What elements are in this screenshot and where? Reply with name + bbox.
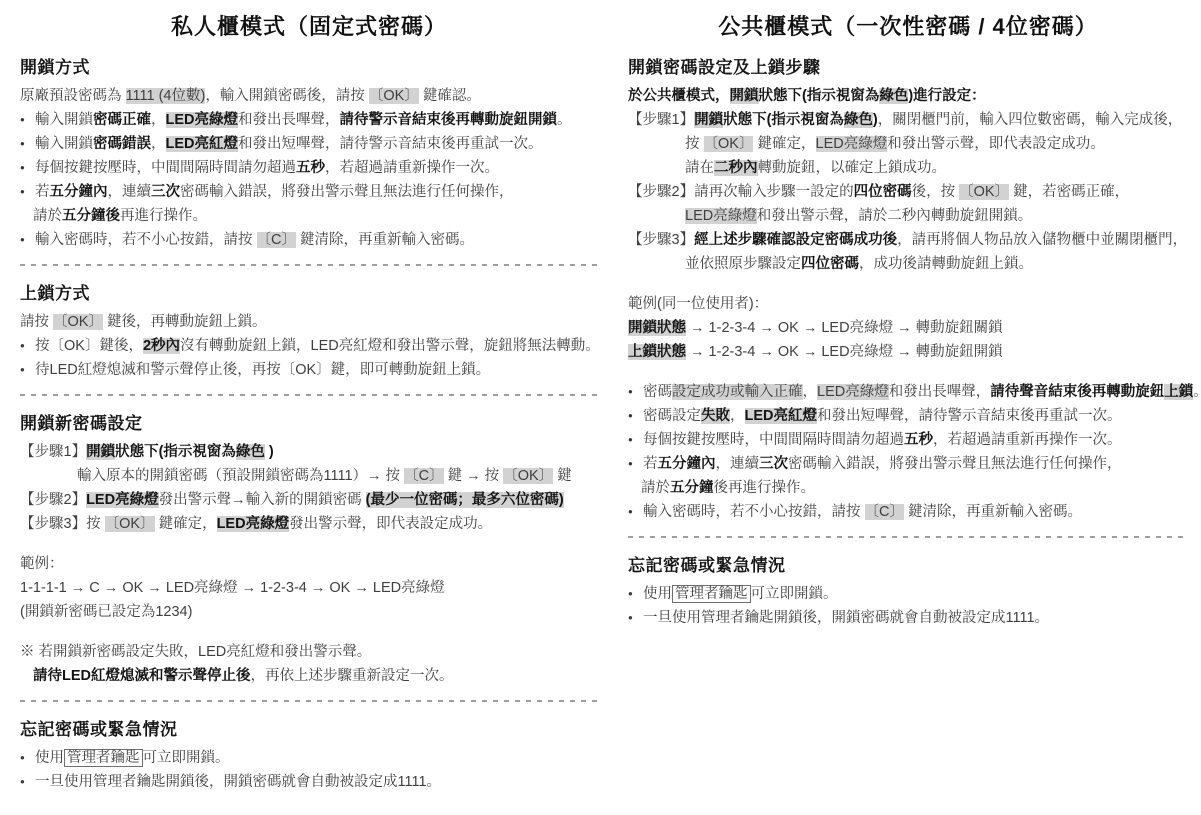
- bullet-item: ●使用管理者鑰匙可立即開鎖。: [628, 582, 1188, 606]
- bullet-icon: ●: [628, 380, 643, 404]
- section: 忘記密碼或緊急情況●使用管理者鑰匙可立即開鎖。●一旦使用管理者鑰匙開鎖後，開鎖密…: [20, 718, 598, 794]
- paragraph: 於公共櫃模式，開鎖狀態下(指示視窗為綠色)進行設定：: [628, 84, 1188, 108]
- highlighted-text: LED亮綠燈: [217, 516, 290, 532]
- bullet-text: 每個按鍵按壓時，中間間隔時間請勿超過五秒，若超過請重新再操作一次。: [643, 428, 1122, 452]
- bullet-icon: ●: [20, 770, 35, 794]
- section-heading: 開鎖新密碼設定: [20, 412, 598, 436]
- text-run: ，: [730, 408, 745, 424]
- text-run: ，若超過請重新操作一次。: [325, 160, 499, 176]
- dashed-divider: [628, 536, 1188, 538]
- bullet-icon: ●: [628, 500, 643, 524]
- highlighted-text: LED亮綠燈: [817, 384, 889, 400]
- text-run: 【步驟2】請再次輸入步驟一設定的: [628, 184, 854, 200]
- text-run: → 1-2-3-4 → OK → LED亮綠燈 → 轉動旋鈕關鎖: [686, 320, 1003, 336]
- text-run: 原廠預設密碼為: [20, 88, 126, 104]
- paragraph: ※ 若開鎖新密碼設定失敗，LED亮紅燈和發出警示聲。: [20, 640, 598, 664]
- text-run: 一旦使用管理者鑰匙開鎖後，開鎖密碼就會自動被設定成1111。: [643, 610, 1049, 626]
- text-run: 密碼設定: [643, 408, 701, 424]
- bullet-text: 使用管理者鑰匙可立即開鎖。: [643, 582, 838, 606]
- text-run: ，成功後請轉動旋鈕上鎖。: [859, 256, 1033, 272]
- text-run: 使用: [35, 750, 64, 766]
- text-run: 和發出短嗶聲，請待警示音結束後再重試一次。: [238, 136, 543, 152]
- text-run: 請於: [641, 480, 670, 496]
- bullet-icon: ●: [20, 358, 35, 382]
- bullet-text: 輸入開鎖密碼錯誤，LED亮紅燈和發出短嗶聲，請待警示音結束後再重試一次。: [35, 132, 543, 156]
- highlighted-text: 開鎖: [694, 112, 723, 128]
- step-line: 【步驟3】經上述步驟確認設定密碼成功後，請再將個人物品放入儲物櫃中並關閉櫃門，: [628, 228, 1188, 252]
- text-run: 若: [35, 184, 50, 200]
- text-run: 輸入原本的開鎖密碼（預設開鎖密碼為1111）→ 按: [77, 468, 404, 484]
- text-run: 狀態下(指示視窗為: [759, 88, 880, 104]
- bullet-item: ●密碼設定失敗，LED亮紅燈和發出短嗶聲，請待警示音結束後再重試一次。: [628, 404, 1188, 428]
- highlighted-text: 〔C〕: [257, 232, 296, 248]
- text-run: 鍵確定，: [753, 136, 815, 152]
- highlighted-text: 1111 (4位數): [126, 88, 206, 104]
- text-run: ，再依上述步驟重新設定一次。: [251, 668, 454, 684]
- bullet-item: ●若五分鐘內，連續三次密碼輸入錯誤，將發出警示聲且無法進行任何操作，: [628, 452, 1188, 476]
- boxed-text: 管理者鑰匙: [64, 749, 143, 767]
- text-run: 每個按鍵按壓時，中間間隔時間請勿超過: [35, 160, 296, 176]
- section: 開鎖方式原廠預設密碼為 1111 (4位數)，輸入開鎖密碼後，請按 〔OK〕 鍵…: [20, 56, 598, 252]
- text-run: 鍵，若密碼正確，: [1009, 184, 1129, 200]
- step-continuation: 並依照原步驟設定四位密碼，成功後請轉動旋鈕上鎖。: [685, 252, 1188, 276]
- highlighted-text: LED亮紅燈: [166, 136, 239, 152]
- text-run: 若: [643, 456, 658, 472]
- bullet-item: ●密碼設定成功或輸入正確，LED亮綠燈和發出長嗶聲，請待聲音結束後再轉動旋鈕上鎖…: [628, 380, 1188, 404]
- text-run: 鍵確定，: [155, 516, 217, 532]
- text-run: 發出警示聲，即代表設定成功。: [289, 516, 492, 532]
- section: 上鎖方式請按 〔OK〕 鍵後，再轉動旋鈕上鎖。●按〔OK〕鍵後，2秒內沒有轉動旋…: [20, 282, 598, 382]
- bullet-item: ●輸入密碼時，若不小心按錯，請按 〔C〕 鍵清除，再重新輸入密碼。: [20, 228, 598, 252]
- bullet-item: ●一旦使用管理者鑰匙開鎖後，開鎖密碼就會自動被設定成1111。: [628, 606, 1188, 630]
- column-title: 公共櫃模式（一次性密碼 / 4位密碼）: [628, 12, 1188, 42]
- dashed-divider: [20, 394, 598, 396]
- highlighted-text: 開鎖: [730, 88, 759, 104]
- text-run: 每個按鍵按壓時，中間間隔時間請勿超過: [643, 432, 904, 448]
- highlighted-text: 2秒內: [143, 338, 180, 354]
- text-run: 範例(同一位使用者)：: [628, 296, 768, 312]
- text-run: 。: [557, 112, 572, 128]
- text-run: ，連續: [108, 184, 152, 200]
- highlighted-text: 二秒內: [714, 160, 758, 176]
- text-run: 四位密碼: [801, 256, 859, 272]
- text-run: 後再進行操作。: [714, 480, 816, 496]
- paragraph: (開鎖新密碼已設定為1234): [20, 600, 598, 624]
- highlighted-text: 開鎖: [86, 444, 115, 460]
- highlighted-text: 〔C〕: [404, 468, 443, 484]
- bullet-icon: ●: [628, 606, 643, 630]
- highlighted-text: 〔OK〕: [704, 136, 754, 152]
- column-public-mode: 公共櫃模式（一次性密碼 / 4位密碼） 開鎖密碼設定及上鎖步驟於公共櫃模式，開鎖…: [628, 12, 1188, 630]
- bullet-item: ●每個按鍵按壓時，中間間隔時間請勿超過五秒，若超過請重新再操作一次。: [628, 428, 1188, 452]
- highlighted-text: 〔OK〕: [53, 314, 103, 330]
- text-run: 再進行操作。: [120, 208, 207, 224]
- text-run: 輸入開鎖: [35, 112, 93, 128]
- column-title: 私人櫃模式（固定式密碼）: [20, 12, 598, 42]
- text-run: 並依照原步驟設定: [685, 256, 801, 272]
- bullet-item: ●每個按鍵按壓時，中間間隔時間請勿超過五秒，若超過請重新操作一次。: [20, 156, 598, 180]
- text-run: 五秒: [296, 160, 325, 176]
- paragraph: 範例：: [20, 552, 598, 576]
- text-run: 三次: [759, 456, 788, 472]
- text-run: 五分鐘: [670, 480, 714, 496]
- text-run: 沒有轉動旋鈕上鎖，LED亮紅燈和發出警示聲，旋鈕將無法轉動。: [180, 338, 600, 354]
- text-run: 四位密碼: [854, 184, 912, 200]
- bullet-icon: ●: [20, 108, 35, 132]
- text-run: 輸入密碼時，若不小心按錯，請按: [643, 504, 865, 520]
- highlighted-text: 失敗: [701, 408, 730, 424]
- text-run: 狀態下(指示視窗為: [115, 444, 236, 460]
- bullet-icon: ●: [20, 132, 35, 156]
- highlighted-text: 綠色: [236, 444, 265, 460]
- bullet-continuation: 請於五分鐘後再進行操作。: [33, 204, 598, 228]
- text-run: 輸入密碼時，若不小心按錯，請按: [35, 232, 257, 248]
- bullet-text: 密碼設定成功或輸入正確，LED亮綠燈和發出長嗶聲，請待聲音結束後再轉動旋鈕上鎖。: [643, 380, 1201, 404]
- highlighted-text: LED亮綠燈: [166, 112, 239, 128]
- bullet-text: 輸入開鎖密碼正確，LED亮綠燈和發出長嗶聲，請待警示音結束後再轉動旋鈕開鎖。: [35, 108, 572, 132]
- text-run: → 1-2-3-4 → OK → LED亮綠燈 → 轉動旋鈕開鎖: [686, 344, 1003, 360]
- text-run: 於公共櫃模式，: [628, 88, 730, 104]
- text-run: 轉動旋鈕，以確定上鎖成功。: [758, 160, 947, 176]
- text-run: 三次: [151, 184, 180, 200]
- text-run: ，: [151, 112, 166, 128]
- bullet-text: 按〔OK〕鍵後，2秒內沒有轉動旋鈕上鎖，LED亮紅燈和發出警示聲，旋鈕將無法轉動…: [35, 334, 600, 358]
- bullet-item: ●若五分鐘內，連續三次密碼輸入錯誤，將發出警示聲且無法進行任何操作，: [20, 180, 598, 204]
- bullet-item: ●一旦使用管理者鑰匙開鎖後，開鎖密碼就會自動被設定成1111。: [20, 770, 598, 794]
- text-run: 五分鐘後: [62, 208, 120, 224]
- text-run: 【步驟1】: [628, 112, 694, 128]
- highlighted-text: 開鎖狀態: [628, 320, 686, 336]
- text-run: 密碼輸入錯誤，將發出警示聲且無法進行任何操作，: [180, 184, 514, 200]
- highlighted-text: 〔OK〕: [369, 88, 419, 104]
- text-run: 鍵清除，再重新輸入密碼。: [904, 504, 1082, 520]
- text-run: 狀態下(指示視窗為: [723, 112, 844, 128]
- boxed-text: 管理者鑰匙: [672, 585, 751, 603]
- highlighted-text: LED亮綠燈: [685, 208, 757, 224]
- bullet-icon: ●: [20, 156, 35, 180]
- paragraph: 請按 〔OK〕 鍵後，再轉動旋鈕上鎖。: [20, 310, 598, 334]
- text-run: 輸入開鎖: [35, 136, 93, 152]
- text-run: 可立即開鎖。: [143, 750, 230, 766]
- highlighted-text: 綠色: [844, 112, 873, 128]
- text-run: 鍵清除，再重新輸入密碼。: [296, 232, 474, 248]
- highlighted-text: 上鎖: [1164, 384, 1193, 400]
- text-run: 和發出短嗶聲，請待警示音結束後再重試一次。: [817, 408, 1122, 424]
- highlighted-text: LED亮綠燈: [86, 492, 159, 508]
- text-run: 一旦使用管理者鑰匙開鎖後，開鎖密碼就會自動被設定成1111。: [35, 774, 441, 790]
- highlighted-text: LED亮紅燈: [745, 408, 818, 424]
- step-continuation: 輸入原本的開鎖密碼（預設開鎖密碼為1111）→ 按 〔C〕 鍵 → 按 〔OK〕…: [77, 464, 598, 488]
- text-run: 請待聲音結束後再轉動旋鈕: [990, 384, 1164, 400]
- text-run: ，連續: [716, 456, 760, 472]
- section-heading: 開鎖密碼設定及上鎖步驟: [628, 56, 1188, 80]
- column-private-mode: 私人櫃模式（固定式密碼） 開鎖方式原廠預設密碼為 1111 (4位數)，輸入開鎖…: [20, 12, 598, 794]
- bullet-text: 一旦使用管理者鑰匙開鎖後，開鎖密碼就會自動被設定成1111。: [643, 606, 1049, 630]
- highlighted-text: 〔OK〕: [503, 468, 553, 484]
- text-run: )進行設定：: [908, 88, 985, 104]
- bullet-item: ●使用管理者鑰匙可立即開鎖。: [20, 746, 598, 770]
- text-run: 可立即開鎖。: [751, 586, 838, 602]
- text-run: 按: [685, 136, 704, 152]
- column-body: 開鎖密碼設定及上鎖步驟於公共櫃模式，開鎖狀態下(指示視窗為綠色)進行設定：【步驟…: [628, 56, 1188, 630]
- text-run: 1-1-1-1 → C → OK → LED亮綠燈 → 1-2-3-4 → OK…: [20, 580, 445, 596]
- bullet-icon: ●: [628, 404, 643, 428]
- text-run: 。: [1193, 384, 1201, 400]
- text-run: 請在: [685, 160, 714, 176]
- text-run: 【步驟2】: [20, 492, 86, 508]
- text-run: 發出警示聲→輸入新的開鎖密碼: [159, 492, 366, 508]
- bullet-icon: ●: [20, 746, 35, 770]
- bullet-text: 輸入密碼時，若不小心按錯，請按 〔C〕 鍵清除，再重新輸入密碼。: [35, 228, 474, 252]
- section-heading: 上鎖方式: [20, 282, 598, 306]
- bullet-continuation: 請於五分鐘後再進行操作。: [641, 476, 1188, 500]
- bullet-text: 輸入密碼時，若不小心按錯，請按 〔C〕 鍵清除，再重新輸入密碼。: [643, 500, 1082, 524]
- bullet-icon: ●: [20, 180, 35, 204]
- bullet-text: 待LED紅燈熄滅和警示聲停止後，再按〔OK〕鍵，即可轉動旋鈕上鎖。: [35, 358, 490, 382]
- text-run: 鍵 → 按: [444, 468, 504, 484]
- bullet-icon: ●: [20, 228, 35, 252]
- text-run: 五分鐘內: [658, 456, 716, 472]
- bullet-text: 一旦使用管理者鑰匙開鎖後，開鎖密碼就會自動被設定成1111。: [35, 770, 441, 794]
- step-continuation: 按 〔OK〕 鍵確定，LED亮綠燈和發出警示聲，即代表設定成功。: [685, 132, 1188, 156]
- highlighted-text: LED亮綠燈: [816, 136, 888, 152]
- bullet-icon: ●: [628, 428, 643, 452]
- highlighted-text: 設定成功或輸入正確: [672, 384, 803, 400]
- bullet-icon: ●: [20, 334, 35, 358]
- text-run: 經上述步驟確認設定密碼成功後: [694, 232, 897, 248]
- text-run: ): [265, 444, 274, 460]
- bullet-item: ●輸入密碼時，若不小心按錯，請按 〔C〕 鍵清除，再重新輸入密碼。: [628, 500, 1188, 524]
- section-heading: 忘記密碼或緊急情況: [628, 554, 1188, 578]
- text-run: 密碼錯誤: [93, 136, 151, 152]
- bullet-continuation: 請待LED紅燈熄滅和警示聲停止後，再依上述步驟重新設定一次。: [33, 664, 598, 688]
- text-run: 鍵: [553, 468, 572, 484]
- step-line: 【步驟1】開鎖狀態下(指示視窗為綠色)，關閉櫃門前，輸入四位數密碼，輸入完成後，: [628, 108, 1188, 132]
- paragraph: 原廠預設密碼為 1111 (4位數)，輸入開鎖密碼後，請按 〔OK〕 鍵確認。: [20, 84, 598, 108]
- step-line: 【步驟2】LED亮綠燈發出警示聲→輸入新的開鎖密碼 (最少一位密碼；最多六位密碼…: [20, 488, 598, 512]
- step-line: 【步驟1】開鎖狀態下(指示視窗為綠色 ): [20, 440, 598, 464]
- bullet-item: ●輸入開鎖密碼錯誤，LED亮紅燈和發出短嗶聲，請待警示音結束後再重試一次。: [20, 132, 598, 156]
- text-run: 五分鐘內: [50, 184, 108, 200]
- bullet-text: 若五分鐘內，連續三次密碼輸入錯誤，將發出警示聲且無法進行任何操作，: [35, 180, 514, 204]
- text-run: 使用: [643, 586, 672, 602]
- bullet-icon: ●: [628, 452, 643, 476]
- step-continuation: LED亮綠燈和發出警示聲，請於二秒內轉動旋鈕開鎖。: [685, 204, 1188, 228]
- text-run: 請待警示音結束後再轉動旋鈕開鎖: [340, 112, 558, 128]
- text-run: ，: [151, 136, 166, 152]
- text-run: 請於: [33, 208, 62, 224]
- text-run: 【步驟3】按: [20, 516, 105, 532]
- highlighted-text: (最少一位密碼；最多六位密碼): [366, 492, 564, 508]
- text-run: 和發出警示聲，即代表設定成功。: [887, 136, 1105, 152]
- text-run: 【步驟1】: [20, 444, 86, 460]
- step-line: 【步驟3】按 〔OK〕 鍵確定，LED亮綠燈發出警示聲，即代表設定成功。: [20, 512, 598, 536]
- text-run: 後，按: [912, 184, 960, 200]
- dashed-divider: [20, 700, 598, 702]
- text-run: 密碼正確: [93, 112, 151, 128]
- text-run: 和發出長嗶聲，: [238, 112, 340, 128]
- bullet-item: ●輸入開鎖密碼正確，LED亮綠燈和發出長嗶聲，請待警示音結束後再轉動旋鈕開鎖。: [20, 108, 598, 132]
- text-run: (開鎖新密碼已設定為1234): [20, 604, 192, 620]
- text-run: 請待LED紅燈熄滅和警示聲停止後: [33, 668, 251, 684]
- highlighted-text: 綠色: [879, 88, 908, 104]
- text-run: 鍵後，再轉動旋鈕上鎖。: [103, 314, 267, 330]
- paragraph: 範例(同一位使用者)：: [628, 292, 1188, 316]
- paragraph: 1-1-1-1 → C → OK → LED亮綠燈 → 1-2-3-4 → OK…: [20, 576, 598, 600]
- text-run: ，若超過請重新再操作一次。: [933, 432, 1122, 448]
- text-run: 按〔OK〕鍵後，: [35, 338, 143, 354]
- bullet-item: ●待LED紅燈熄滅和警示聲停止後，再按〔OK〕鍵，即可轉動旋鈕上鎖。: [20, 358, 598, 382]
- highlighted-text: 〔OK〕: [959, 184, 1009, 200]
- text-run: 密碼: [643, 384, 672, 400]
- text-run: 請按: [20, 314, 53, 330]
- bullet-text: 使用管理者鑰匙可立即開鎖。: [35, 746, 230, 770]
- section-heading: 開鎖方式: [20, 56, 598, 80]
- column-body: 開鎖方式原廠預設密碼為 1111 (4位數)，輸入開鎖密碼後，請按 〔OK〕 鍵…: [20, 56, 598, 794]
- bullet-text: 密碼設定失敗，LED亮紅燈和發出短嗶聲，請待警示音結束後再重試一次。: [643, 404, 1122, 428]
- step-continuation: 請在二秒內轉動旋鈕，以確定上鎖成功。: [685, 156, 1188, 180]
- section: 忘記密碼或緊急情況●使用管理者鑰匙可立即開鎖。●一旦使用管理者鑰匙開鎖後，開鎖密…: [628, 554, 1188, 630]
- bullet-text: 若五分鐘內，連續三次密碼輸入錯誤，將發出警示聲且無法進行任何操作，: [643, 452, 1122, 476]
- text-run: ，: [803, 384, 818, 400]
- text-run: 和發出警示聲，請於二秒內轉動旋鈕開鎖。: [757, 208, 1033, 224]
- text-run: 待LED紅燈熄滅和警示聲停止後，再按〔OK〕鍵，即可轉動旋鈕上鎖。: [35, 362, 490, 378]
- paragraph: 開鎖狀態 → 1-2-3-4 → OK → LED亮綠燈 → 轉動旋鈕關鎖: [628, 316, 1188, 340]
- section: 開鎖密碼設定及上鎖步驟於公共櫃模式，開鎖狀態下(指示視窗為綠色)進行設定：【步驟…: [628, 56, 1188, 524]
- text-run: 【步驟3】: [628, 232, 694, 248]
- bullet-text: 每個按鍵按壓時，中間間隔時間請勿超過五秒，若超過請重新操作一次。: [35, 156, 499, 180]
- text-run: 鍵確認。: [419, 88, 481, 104]
- text-run: ※ 若開鎖新密碼設定失敗，LED亮紅燈和發出警示聲。: [20, 644, 371, 660]
- text-run: 範例：: [20, 556, 64, 572]
- highlighted-text: 〔OK〕: [105, 516, 155, 532]
- text-run: ，請再將個人物品放入儲物櫃中並關閉櫃門，: [897, 232, 1187, 248]
- step-line: 【步驟2】請再次輸入步驟一設定的四位密碼後，按 〔OK〕 鍵，若密碼正確，: [628, 180, 1188, 204]
- text-run: ，輸入開鎖密碼後，請按: [205, 88, 369, 104]
- section-heading: 忘記密碼或緊急情況: [20, 718, 598, 742]
- text-run: 五秒: [904, 432, 933, 448]
- highlighted-text: 〔C〕: [865, 504, 904, 520]
- bullet-item: ●按〔OK〕鍵後，2秒內沒有轉動旋鈕上鎖，LED亮紅燈和發出警示聲，旋鈕將無法轉…: [20, 334, 598, 358]
- section: 開鎖新密碼設定【步驟1】開鎖狀態下(指示視窗為綠色 )輸入原本的開鎖密碼（預設開…: [20, 412, 598, 688]
- text-run: 和發出長嗶聲，: [889, 384, 991, 400]
- text-run: 密碼輸入錯誤，將發出警示聲且無法進行任何操作，: [788, 456, 1122, 472]
- dashed-divider: [20, 264, 598, 266]
- text-run: ，關閉櫃門前，輸入四位數密碼，輸入完成後，: [878, 112, 1183, 128]
- highlighted-text: 上鎖狀態: [628, 344, 686, 360]
- bullet-icon: ●: [628, 582, 643, 606]
- paragraph: 上鎖狀態 → 1-2-3-4 → OK → LED亮綠燈 → 轉動旋鈕開鎖: [628, 340, 1188, 364]
